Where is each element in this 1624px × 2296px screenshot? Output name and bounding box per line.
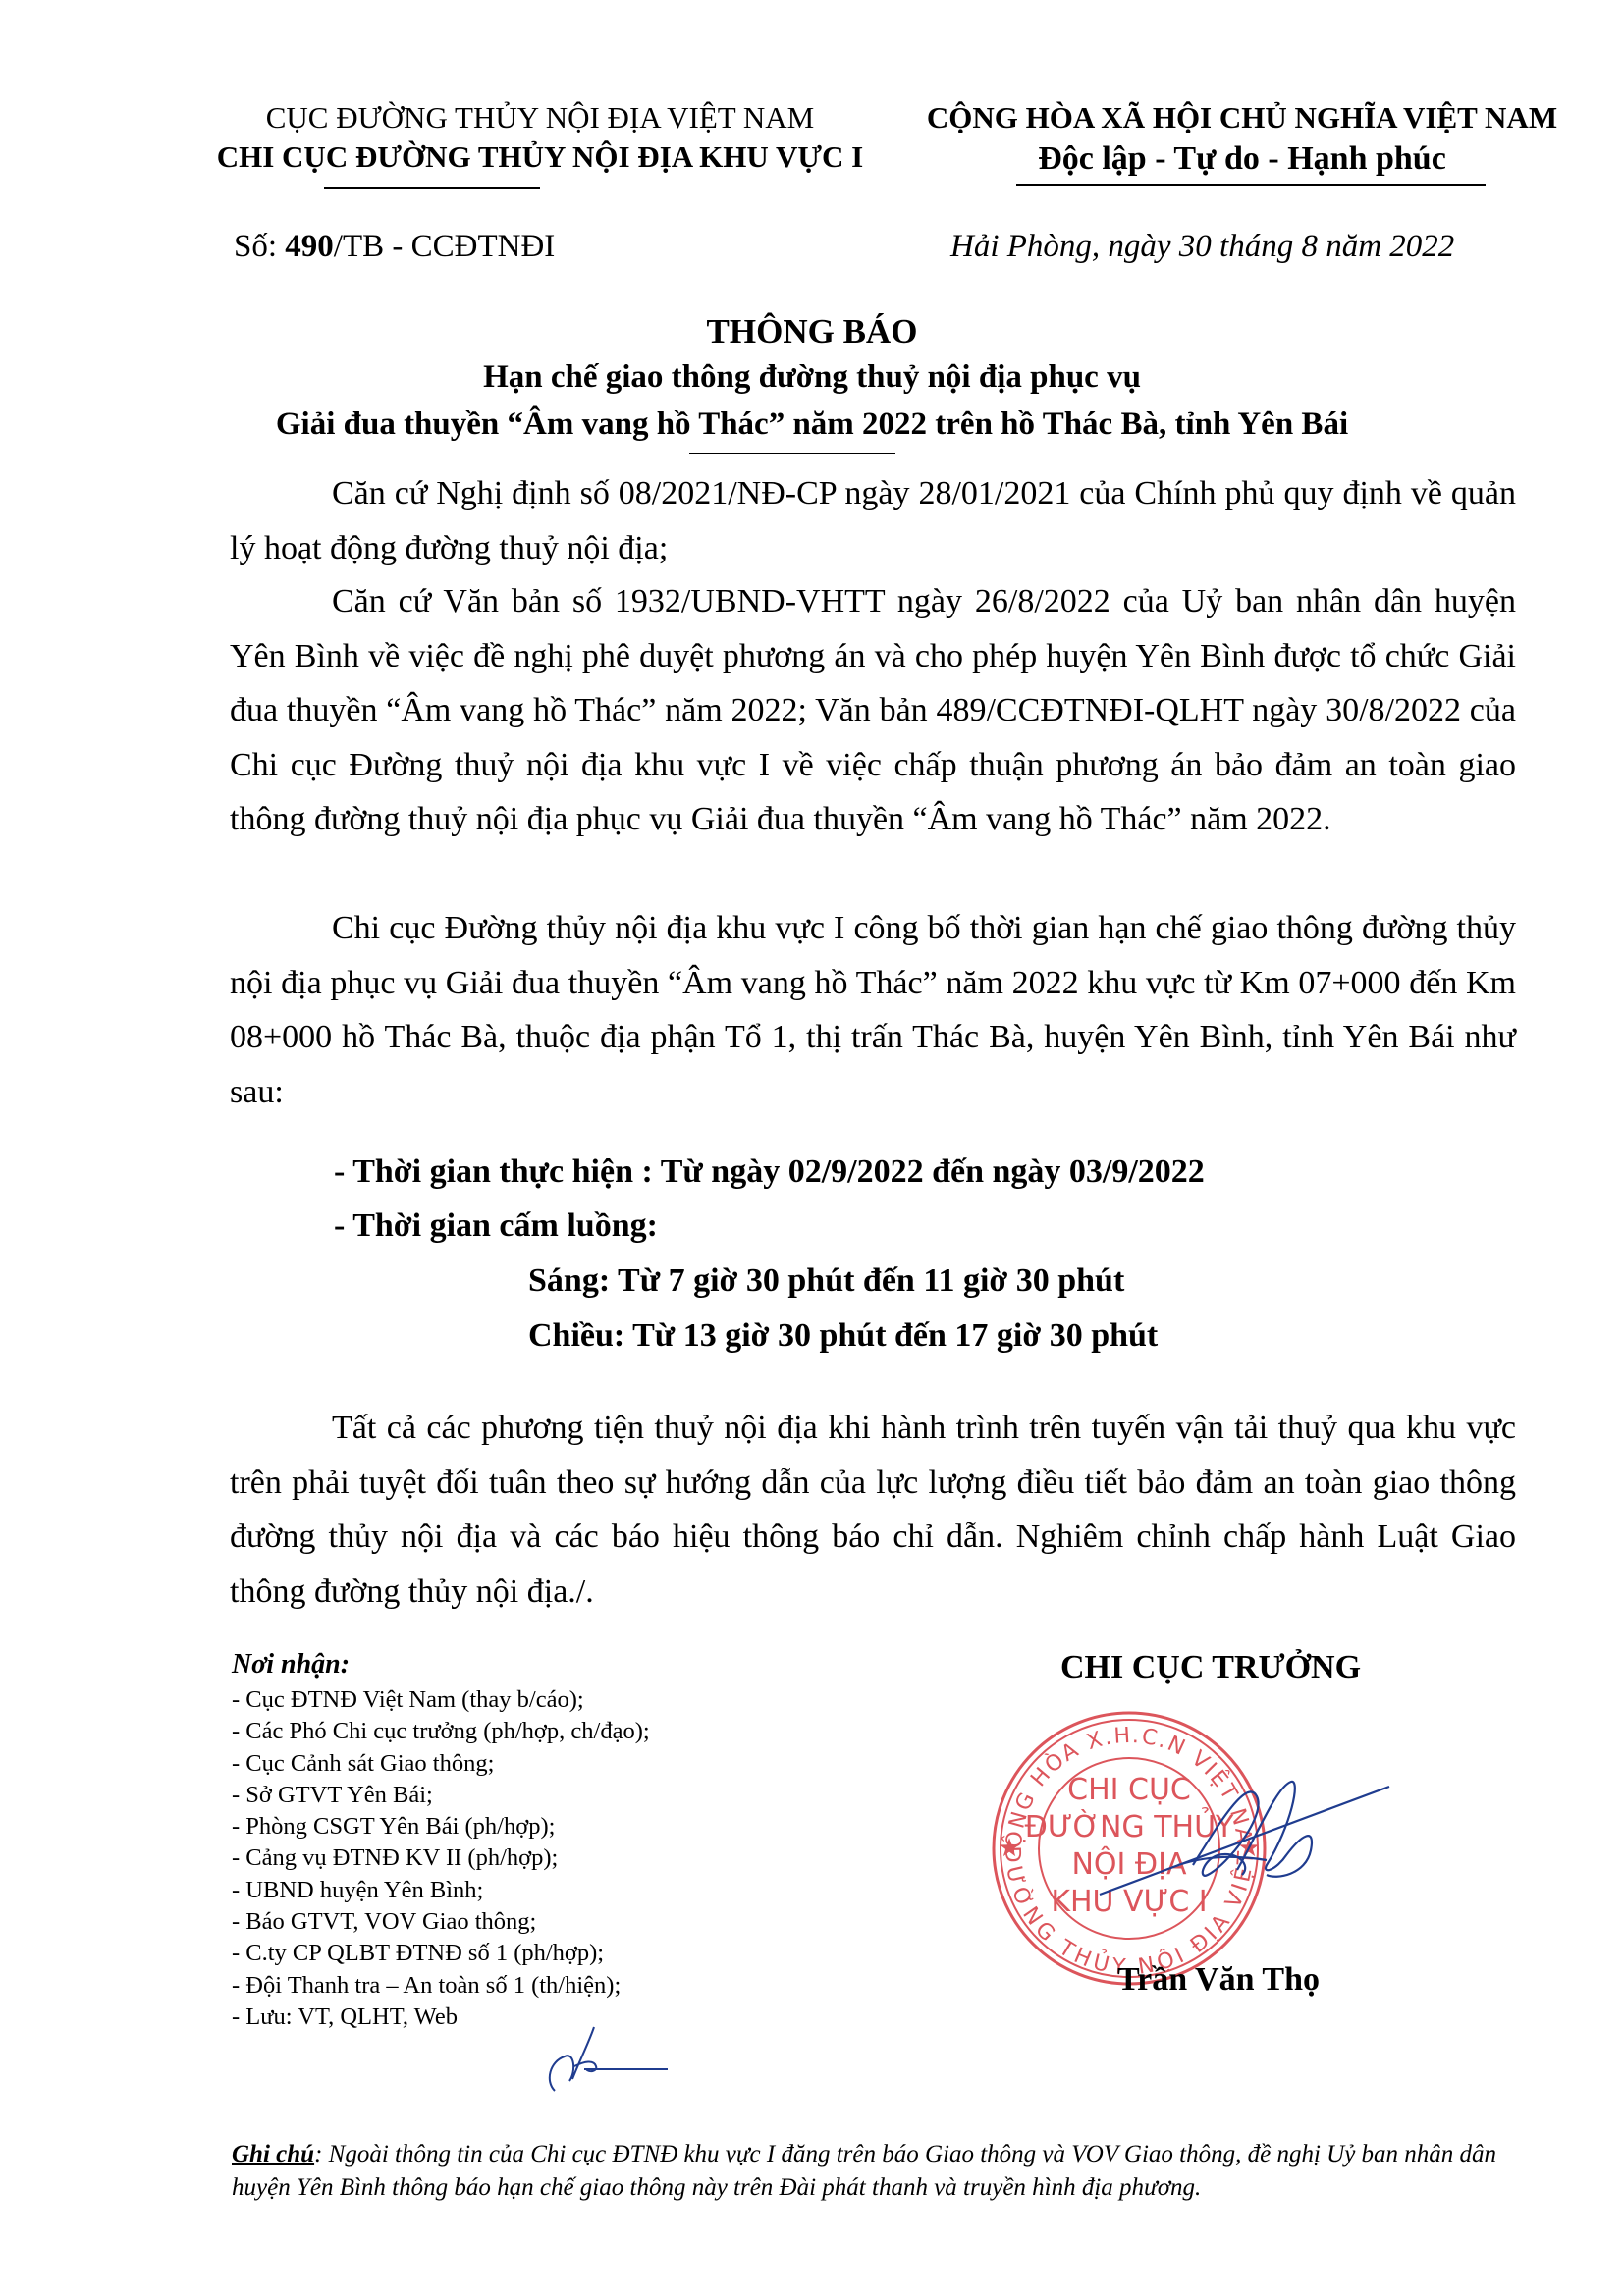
body-paragraph-2: Căn cứ Văn bản số 1932/UBND-VHTT ngày 26… <box>230 574 1516 847</box>
national-motto: Độc lập - Tự do - Hạnh phúc <box>889 137 1596 181</box>
document-type: THÔNG BÁO <box>0 312 1624 351</box>
recipient-item: - UBND huyện Yên Bình; <box>232 1875 650 1906</box>
recipients-title: Nơi nhận: <box>232 1649 350 1681</box>
body-paragraph-1: Căn cứ Nghị định số 08/2021/NĐ-CP ngày 2… <box>230 466 1516 575</box>
implementation-time: - Thời gian thực hiện : Từ ngày 02/9/202… <box>334 1153 1205 1191</box>
country-name: CỘNG HÒA XÃ HỘI CHỦ NGHĨA VIỆT NAM <box>889 98 1596 137</box>
signer-name: Trần Văn Thọ <box>1117 1961 1320 1999</box>
document-subject-line2: Giải đua thuyền “Âm vang hồ Thác” năm 20… <box>0 406 1624 443</box>
number-label: Số: <box>234 229 277 264</box>
handwritten-signature <box>1080 1757 1394 1934</box>
closure-morning: Sáng: Từ 7 giờ 30 phút đến 11 giờ 30 phú… <box>528 1262 1124 1300</box>
document-subject-line1: Hạn chế giao thông đường thuỷ nội địa ph… <box>0 359 1624 396</box>
star-icon: ★ <box>998 1834 1020 1862</box>
signer-title: CHI CỤC TRƯỞNG <box>1060 1649 1361 1686</box>
recipient-item: - Báo GTVT, VOV Giao thông; <box>232 1906 650 1938</box>
body-paragraph-4: Tất cả các phương tiện thuỷ nội địa khi … <box>230 1401 1516 1619</box>
agency-header: CỤC ĐƯỜNG THỦY NỘI ĐỊA VIỆT NAM CHI CỤC … <box>172 98 908 177</box>
number-suffix: /TB - CCĐTNĐI <box>334 229 556 264</box>
recipient-item: - Phòng CSGT Yên Bái (ph/hợp); <box>232 1811 650 1842</box>
closure-afternoon: Chiều: Từ 13 giờ 30 phút đến 17 giờ 30 p… <box>528 1317 1158 1355</box>
agency-parent: CỤC ĐƯỜNG THỦY NỘI ĐỊA VIỆT NAM <box>172 98 908 137</box>
footnote-text: : Ngoài thông tin của Chi cục ĐTNĐ khu v… <box>232 2141 1496 2201</box>
recipient-item: - Cảng vụ ĐTNĐ KV II (ph/hợp); <box>232 1842 650 1874</box>
national-header: CỘNG HÒA XÃ HỘI CHỦ NGHĨA VIỆT NAM Độc l… <box>889 98 1596 181</box>
title-underline <box>689 453 895 454</box>
recipient-item: - Sở GTVT Yên Bái; <box>232 1780 650 1811</box>
recipient-item: - Cục Cảnh sát Giao thông; <box>232 1748 650 1780</box>
number-value: 490 <box>285 229 334 264</box>
body-paragraph-3: Chi cục Đường thủy nội địa khu vực I côn… <box>230 901 1516 1119</box>
agency-underline <box>324 187 540 189</box>
footnote: Ghi chú: Ngoài thông tin của Chi cục ĐTN… <box>232 2138 1498 2205</box>
agency-name: CHI CỤC ĐƯỜNG THỦY NỘI ĐỊA KHU VỰC I <box>172 137 908 177</box>
recipient-item: - Các Phó Chi cục trưởng (ph/hợp, ch/đạo… <box>232 1716 650 1747</box>
closure-time-label: - Thời gian cấm luồng: <box>334 1207 658 1245</box>
place-date: Hải Phòng, ngày 30 tháng 8 năm 2022 <box>950 229 1454 265</box>
footnote-label: Ghi chú <box>232 2141 314 2167</box>
recipient-item: - Cục ĐTNĐ Việt Nam (thay b/cáo); <box>232 1684 650 1716</box>
motto-underline <box>1016 184 1486 186</box>
recipients-list: - Cục ĐTNĐ Việt Nam (thay b/cáo); - Các … <box>232 1684 650 2033</box>
recipient-item: - C.ty CP QLBT ĐTNĐ số 1 (ph/hợp); <box>232 1938 650 1969</box>
initials-signature <box>535 2022 673 2101</box>
document-number: Số: 490/TB - CCĐTNĐI <box>234 229 555 265</box>
recipient-item: - Đội Thanh tra – An toàn số 1 (th/hiện)… <box>232 1970 650 2002</box>
